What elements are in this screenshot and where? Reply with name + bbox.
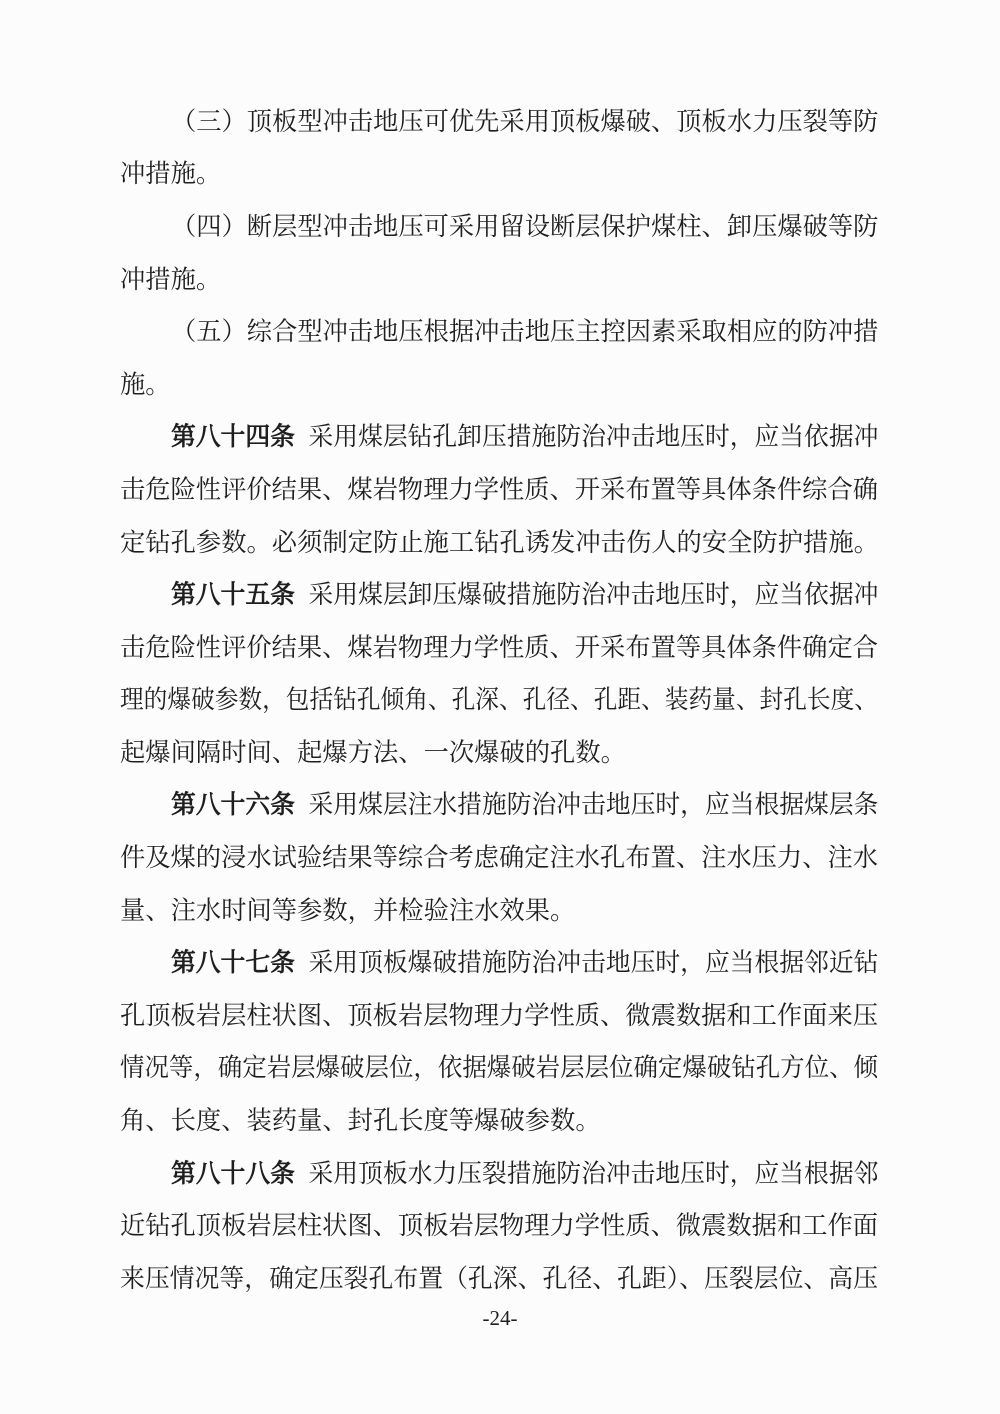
text-line: 理的爆破参数，包括钻孔倾角、孔深、孔径、孔距、装药量、封孔长度、: [120, 675, 878, 728]
text-line: 定钻孔参数。必须制定防止施工钻孔诱发冲击伤人的安全防护措施。: [120, 517, 878, 570]
article-number: 第八十四条: [171, 423, 295, 451]
line-text: 第八十八条采用顶板水力压裂措施防治冲击地压时，应当根据邻: [171, 1160, 878, 1189]
text-line: 第八十八条采用顶板水力压裂措施防治冲击地压时，应当根据邻: [120, 1148, 878, 1201]
text-line: 冲措施。: [120, 254, 878, 307]
line-text: 第八十四条采用煤层钻孔卸压措施防治冲击地压时，应当依据冲: [171, 423, 878, 452]
text-line: 情况等，确定岩层爆破层位，依据爆破岩层层位确定爆破钻孔方位、倾: [120, 1043, 878, 1096]
article-number: 第八十六条: [171, 791, 295, 819]
page-number: -24-: [0, 1306, 1000, 1331]
line-text: 第八十七条采用顶板爆破措施防治冲击地压时，应当根据邻近钻: [171, 949, 878, 978]
line-text: 近钻孔顶板岩层柱状图、顶板岩层物理力学性质、微震数据和工作面: [120, 1212, 878, 1241]
text-line: （四）断层型冲击地压可采用留设断层保护煤柱、卸压爆破等防: [120, 201, 878, 254]
line-text: 孔顶板岩层柱状图、顶板岩层物理力学性质、微震数据和工作面来压: [120, 1002, 878, 1031]
article-number: 第八十八条: [171, 1160, 295, 1188]
line-text: （三）顶板型冲击地压可优先采用顶板爆破、顶板水力压裂等防: [171, 108, 878, 137]
text-line: 角、长度、装药量、封孔长度等爆破参数。: [120, 1095, 878, 1148]
line-text: 情况等，确定岩层爆破层位，依据爆破岩层层位确定爆破钻孔方位、倾: [120, 1054, 878, 1083]
line-text: 量、注水时间等参数，并检验注水效果。: [120, 897, 575, 926]
line-text: 施。: [120, 371, 171, 400]
line-text: 第八十五条采用煤层卸压爆破措施防治冲击地压时，应当依据冲: [171, 581, 878, 610]
text-line: 起爆间隔时间、起爆方法、一次爆破的孔数。: [120, 727, 878, 780]
text-line: 近钻孔顶板岩层柱状图、顶板岩层物理力学性质、微震数据和工作面: [120, 1200, 878, 1253]
text-line: 冲措施。: [120, 149, 878, 202]
line-text: 击危险性评价结果、煤岩物理力学性质、开采布置等具体条件综合确: [120, 476, 878, 505]
text-line: 第八十五条采用煤层卸压爆破措施防治冲击地压时，应当依据冲: [120, 569, 878, 622]
line-text: 冲措施。: [120, 266, 221, 295]
text-line: 第八十六条采用煤层注水措施防治冲击地压时，应当根据煤层条: [120, 780, 878, 833]
line-text: 冲措施。: [120, 160, 221, 189]
text-line: 第八十七条采用顶板爆破措施防治冲击地压时，应当根据邻近钻: [120, 938, 878, 991]
line-text: 击危险性评价结果、煤岩物理力学性质、开采布置等具体条件确定合: [120, 634, 878, 663]
text-line: 来压情况等，确定压裂孔布置（孔深、孔径、孔距）、压裂层位、高压: [120, 1253, 878, 1306]
document-page: （三）顶板型冲击地压可优先采用顶板爆破、顶板水力压裂等防 冲措施。 （四）断层型…: [0, 0, 1000, 1414]
line-text: 定钻孔参数。必须制定防止施工钻孔诱发冲击伤人的安全防护措施。: [120, 529, 879, 558]
text-line: 孔顶板岩层柱状图、顶板岩层物理力学性质、微震数据和工作面来压: [120, 990, 878, 1043]
line-text: 理的爆破参数，包括钻孔倾角、孔深、孔径、孔距、装药量、封孔长度、: [120, 686, 878, 715]
line-text: 件及煤的浸水试验结果等综合考虑确定注水孔布置、注水压力、注水: [120, 844, 878, 873]
line-text: （四）断层型冲击地压可采用留设断层保护煤柱、卸压爆破等防: [171, 213, 878, 242]
text-line: 施。: [120, 359, 878, 412]
text-block: （三）顶板型冲击地压可优先采用顶板爆破、顶板水力压裂等防 冲措施。 （四）断层型…: [120, 96, 878, 1306]
text-line: 击危险性评价结果、煤岩物理力学性质、开采布置等具体条件综合确: [120, 464, 878, 517]
line-text: 第八十六条采用煤层注水措施防治冲击地压时，应当根据煤层条: [171, 791, 878, 820]
line-text: （五）综合型冲击地压根据冲击地压主控因素采取相应的防冲措: [171, 318, 878, 347]
line-text: 起爆间隔时间、起爆方法、一次爆破的孔数。: [120, 739, 626, 768]
line-text: 来压情况等，确定压裂孔布置（孔深、孔径、孔距）、压裂层位、高压: [120, 1265, 878, 1294]
text-line: 量、注水时间等参数，并检验注水效果。: [120, 885, 878, 938]
text-line: （五）综合型冲击地压根据冲击地压主控因素采取相应的防冲措: [120, 306, 878, 359]
article-number: 第八十五条: [171, 581, 295, 609]
line-text: 角、长度、装药量、封孔长度等爆破参数。: [120, 1107, 601, 1136]
text-line: 击危险性评价结果、煤岩物理力学性质、开采布置等具体条件确定合: [120, 622, 878, 675]
text-line: （三）顶板型冲击地压可优先采用顶板爆破、顶板水力压裂等防: [120, 96, 878, 149]
article-number: 第八十七条: [171, 949, 295, 977]
text-line: 件及煤的浸水试验结果等综合考虑确定注水孔布置、注水压力、注水: [120, 832, 878, 885]
text-line: 第八十四条采用煤层钻孔卸压措施防治冲击地压时，应当依据冲: [120, 412, 878, 465]
